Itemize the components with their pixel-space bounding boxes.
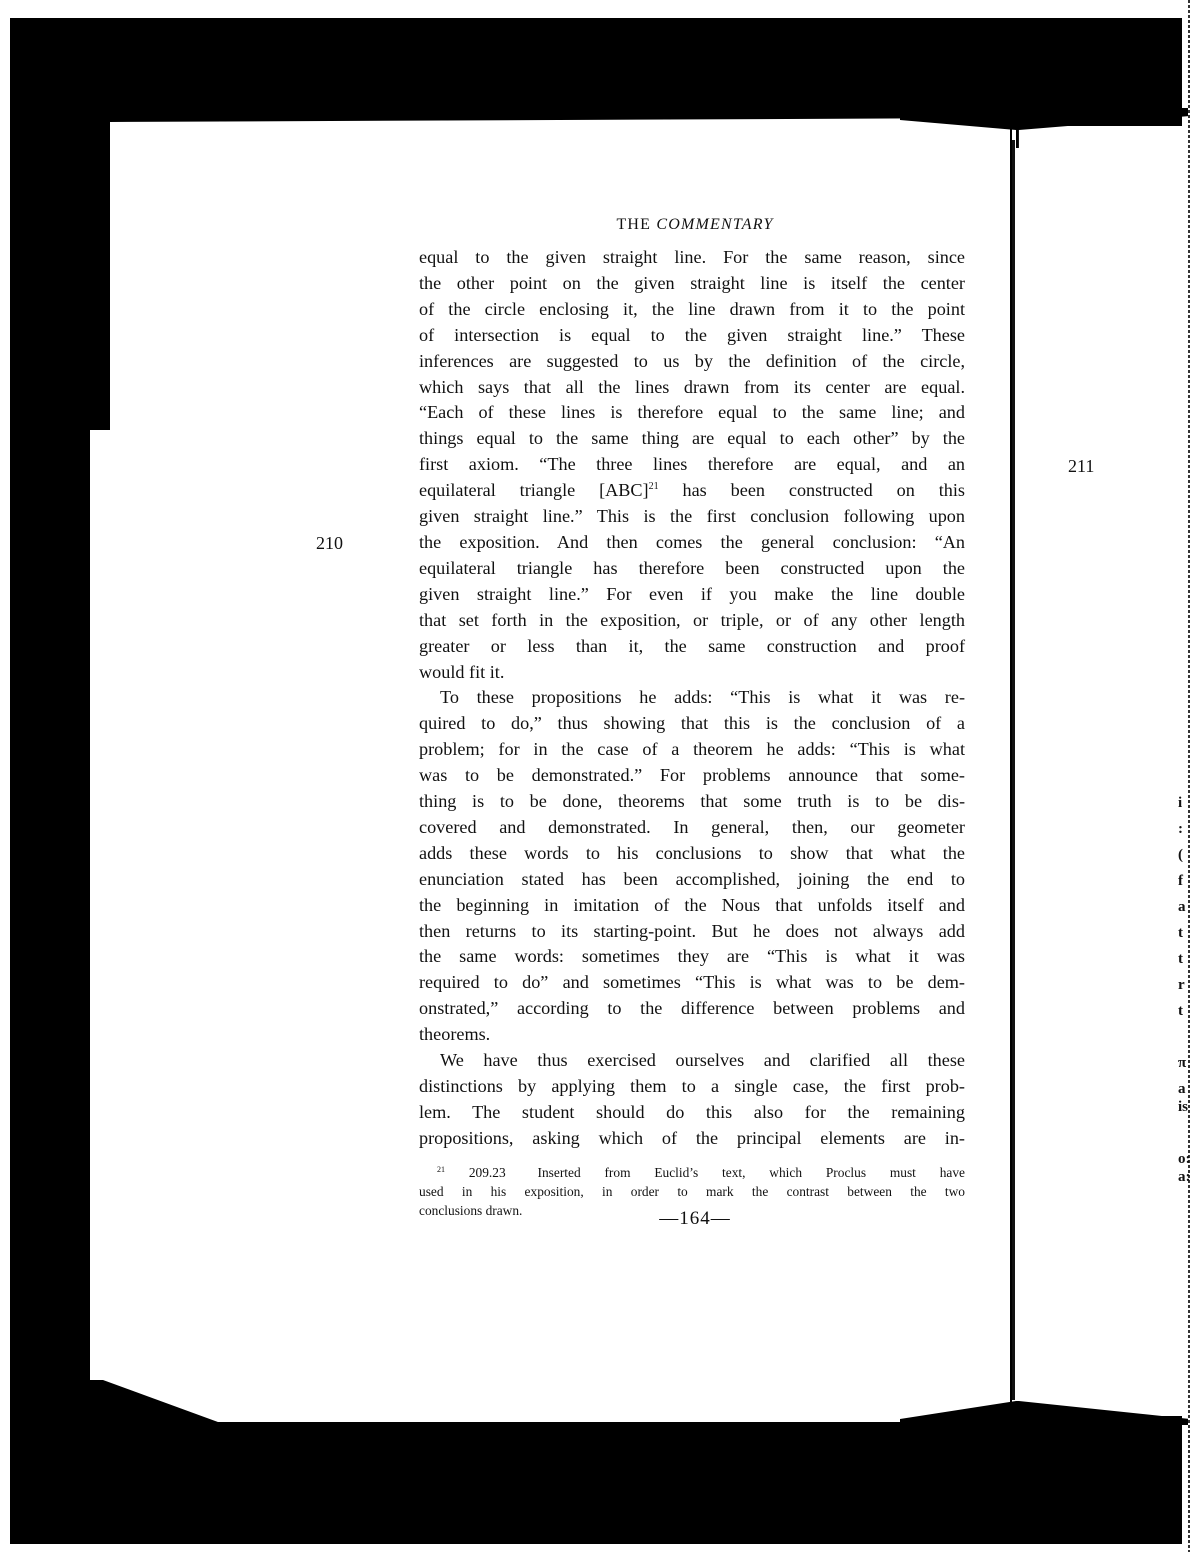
- margin-number-left: 210: [316, 533, 343, 554]
- book-spine: [1012, 140, 1015, 1400]
- scan-edge: [1188, 0, 1190, 1552]
- text-line: the same words: sometimes they are “This…: [419, 944, 965, 970]
- text-line: then returns to its starting-point. But …: [419, 919, 965, 945]
- text-line: was to be demonstrated.” For problems an…: [419, 763, 965, 789]
- footnote-line: 21 209.23 Inserted from Euclid’s text, w…: [419, 1160, 965, 1182]
- text-line: theorems.: [419, 1022, 965, 1048]
- text-line: propositions, asking which of the princi…: [419, 1126, 965, 1152]
- text-line: the exposition. And then comes the gener…: [419, 530, 965, 556]
- text-line: We have thus exercised ourselves and cla…: [419, 1048, 965, 1074]
- text-line: the beginning in imitation of the Nous t…: [419, 893, 965, 919]
- text-line: given straight line.” For even if you ma…: [419, 582, 965, 608]
- text-line: adds these words to his conclusions to s…: [419, 841, 965, 867]
- text-line: lem. The student should do this also for…: [419, 1100, 965, 1126]
- facing-page-fragments: i : ( f a t t r t π a is o: a:: [1178, 790, 1192, 1190]
- paragraph-2: To these propositions he adds: “This is …: [419, 685, 965, 1048]
- text-line: onstrated,” according to the difference …: [419, 996, 965, 1022]
- text-line: inferences are suggested to us by the de…: [419, 349, 965, 375]
- facing-page-sliver: [1012, 126, 1182, 1416]
- text-line: covered and demonstrated. In general, th…: [419, 815, 965, 841]
- page-left-edge: [90, 430, 112, 1390]
- text-line-with-footnote: equilateral triangle [ABC]21 has been co…: [419, 478, 965, 504]
- text-line: which says that all the lines drawn from…: [419, 375, 965, 401]
- running-head-title: COMMENTARY: [656, 216, 773, 233]
- text-line: that set forth in the exposition, or tri…: [419, 608, 965, 634]
- running-head-prefix: THE: [616, 216, 651, 233]
- text-line: of the circle enclosing it, the line dra…: [419, 297, 965, 323]
- text-line: equal to the given straight line. For th…: [419, 245, 965, 271]
- footnote-line: used in his exposition, in order to mark…: [419, 1182, 965, 1201]
- footnote-number: 21: [437, 1165, 445, 1174]
- running-head: THE COMMENTARY: [418, 216, 972, 234]
- text-line: given straight line.” This is the first …: [419, 504, 965, 530]
- text-line: the other point on the given straight li…: [419, 271, 965, 297]
- text-line: “Each of these lines is therefore equal …: [419, 400, 965, 426]
- text-line: thing is to be done, theorems that some …: [419, 789, 965, 815]
- text-line: would fit it.: [419, 660, 965, 686]
- text-line: equilateral triangle has therefore been …: [419, 556, 965, 582]
- margin-number-right: 211: [1068, 456, 1094, 477]
- body-text: equal to the given straight line. For th…: [419, 245, 965, 1152]
- text-line: required to do” and sometimes “This is w…: [419, 970, 965, 996]
- text-line: enunciation stated has been accomplished…: [419, 867, 965, 893]
- text-line: problem; for in the case of a theorem he…: [419, 737, 965, 763]
- text-line: first axiom. “The three lines therefore …: [419, 452, 965, 478]
- text-line: things equal to the same thing are equal…: [419, 426, 965, 452]
- footnote-ref[interactable]: 21: [649, 481, 659, 492]
- paragraph-3: We have thus exercised ourselves and cla…: [419, 1048, 965, 1152]
- text-line: quired to do,” thus showing that this is…: [419, 711, 965, 737]
- text-line: of intersection is equal to the given st…: [419, 323, 965, 349]
- text-line: distinctions by applying them to a singl…: [419, 1074, 965, 1100]
- text-line: greater or less than it, the same constr…: [419, 634, 965, 660]
- text-line: To these propositions he adds: “This is …: [419, 685, 965, 711]
- paragraph-1: equal to the given straight line. For th…: [419, 245, 965, 685]
- footnote-reference: 209.23: [469, 1165, 506, 1180]
- page-number: —164—: [418, 1208, 972, 1230]
